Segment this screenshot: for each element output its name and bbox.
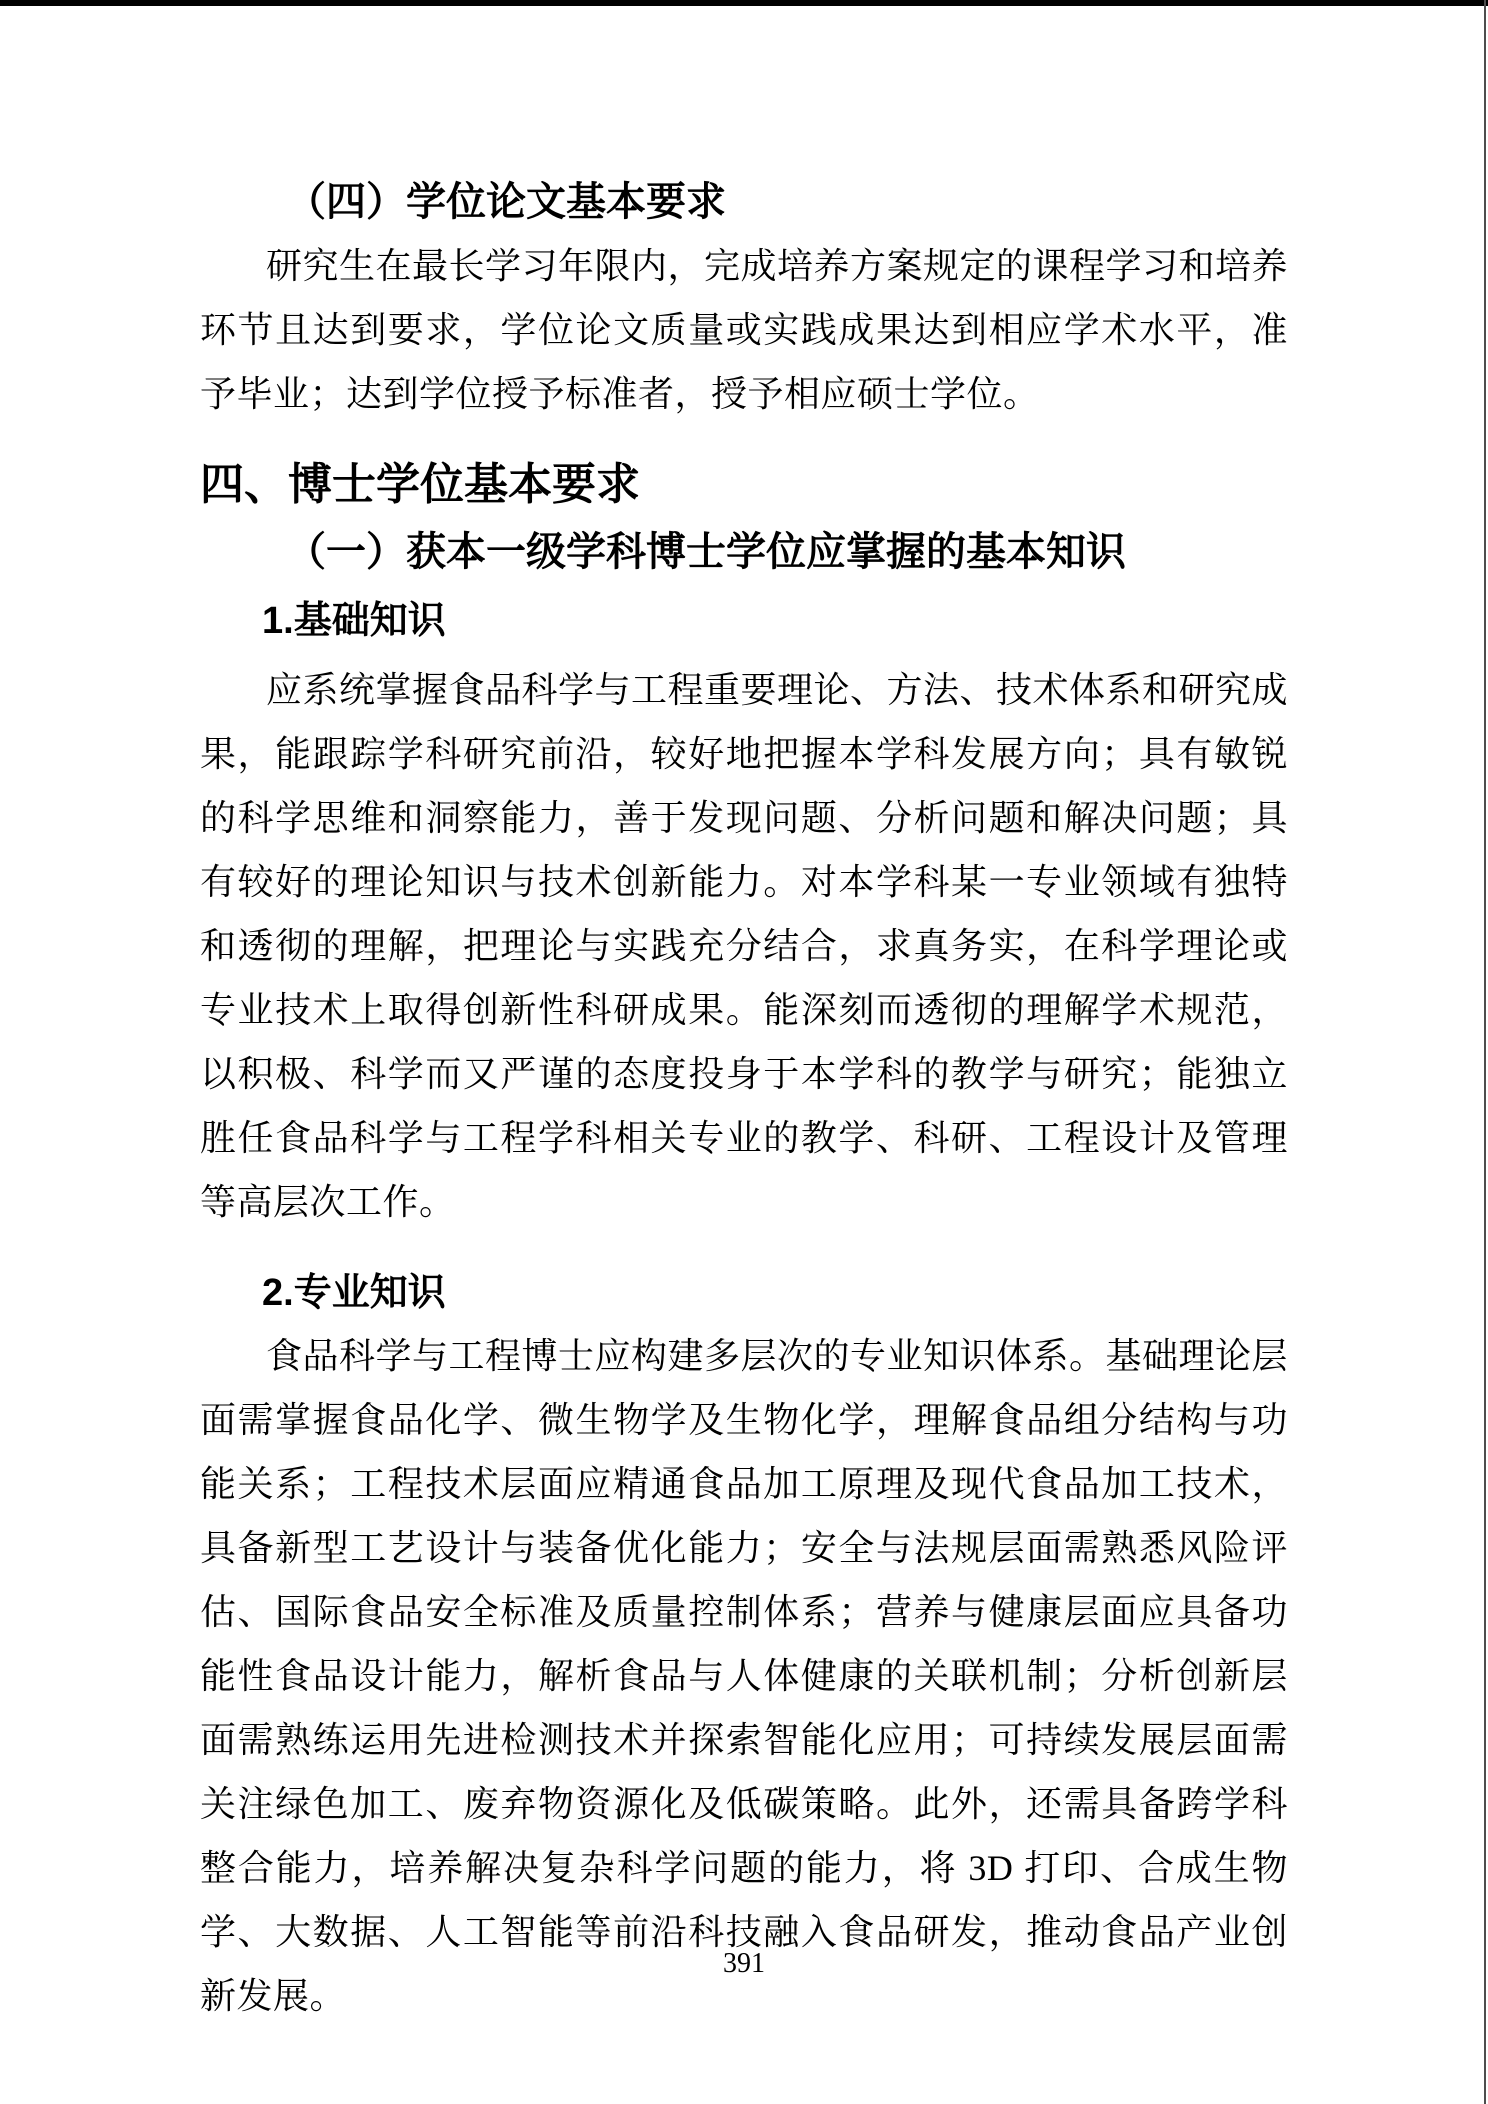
heading-section-four-thesis-requirements: （四）学位论文基本要求 [200,170,1288,234]
document-page: （四）学位论文基本要求 研究生在最长学习年限内，完成培养方案规定的课程学习和培养… [0,0,1488,2104]
page-right-edge-line [1484,0,1486,2104]
paragraph-master-graduation-requirements: 研究生在最长学习年限内，完成培养方案规定的课程学习和培养环节且达到要求，学位论文… [200,234,1288,426]
heading-item-2-professional-knowledge: 2.专业知识 [200,1262,1288,1324]
paragraph-professional-knowledge: 食品科学与工程博士应构建多层次的专业知识体系。基础理论层面需掌握食品化学、微生物… [200,1324,1288,2028]
page-content: （四）学位论文基本要求 研究生在最长学习年限内，完成培养方案规定的课程学习和培养… [200,0,1288,2028]
heading-item-1-basic-knowledge: 1.基础知识 [200,590,1288,652]
page-number: 391 [0,1948,1488,1980]
heading-chapter-doctoral-degree-requirements: 四、博士学位基本要求 [200,450,1288,520]
paragraph-basic-knowledge: 应系统掌握食品科学与工程重要理论、方法、技术体系和研究成果，能跟踪学科研究前沿，… [200,658,1288,1234]
heading-subsection-one-basic-knowledge-scope: （一）获本一级学科博士学位应掌握的基本知识 [200,520,1288,584]
